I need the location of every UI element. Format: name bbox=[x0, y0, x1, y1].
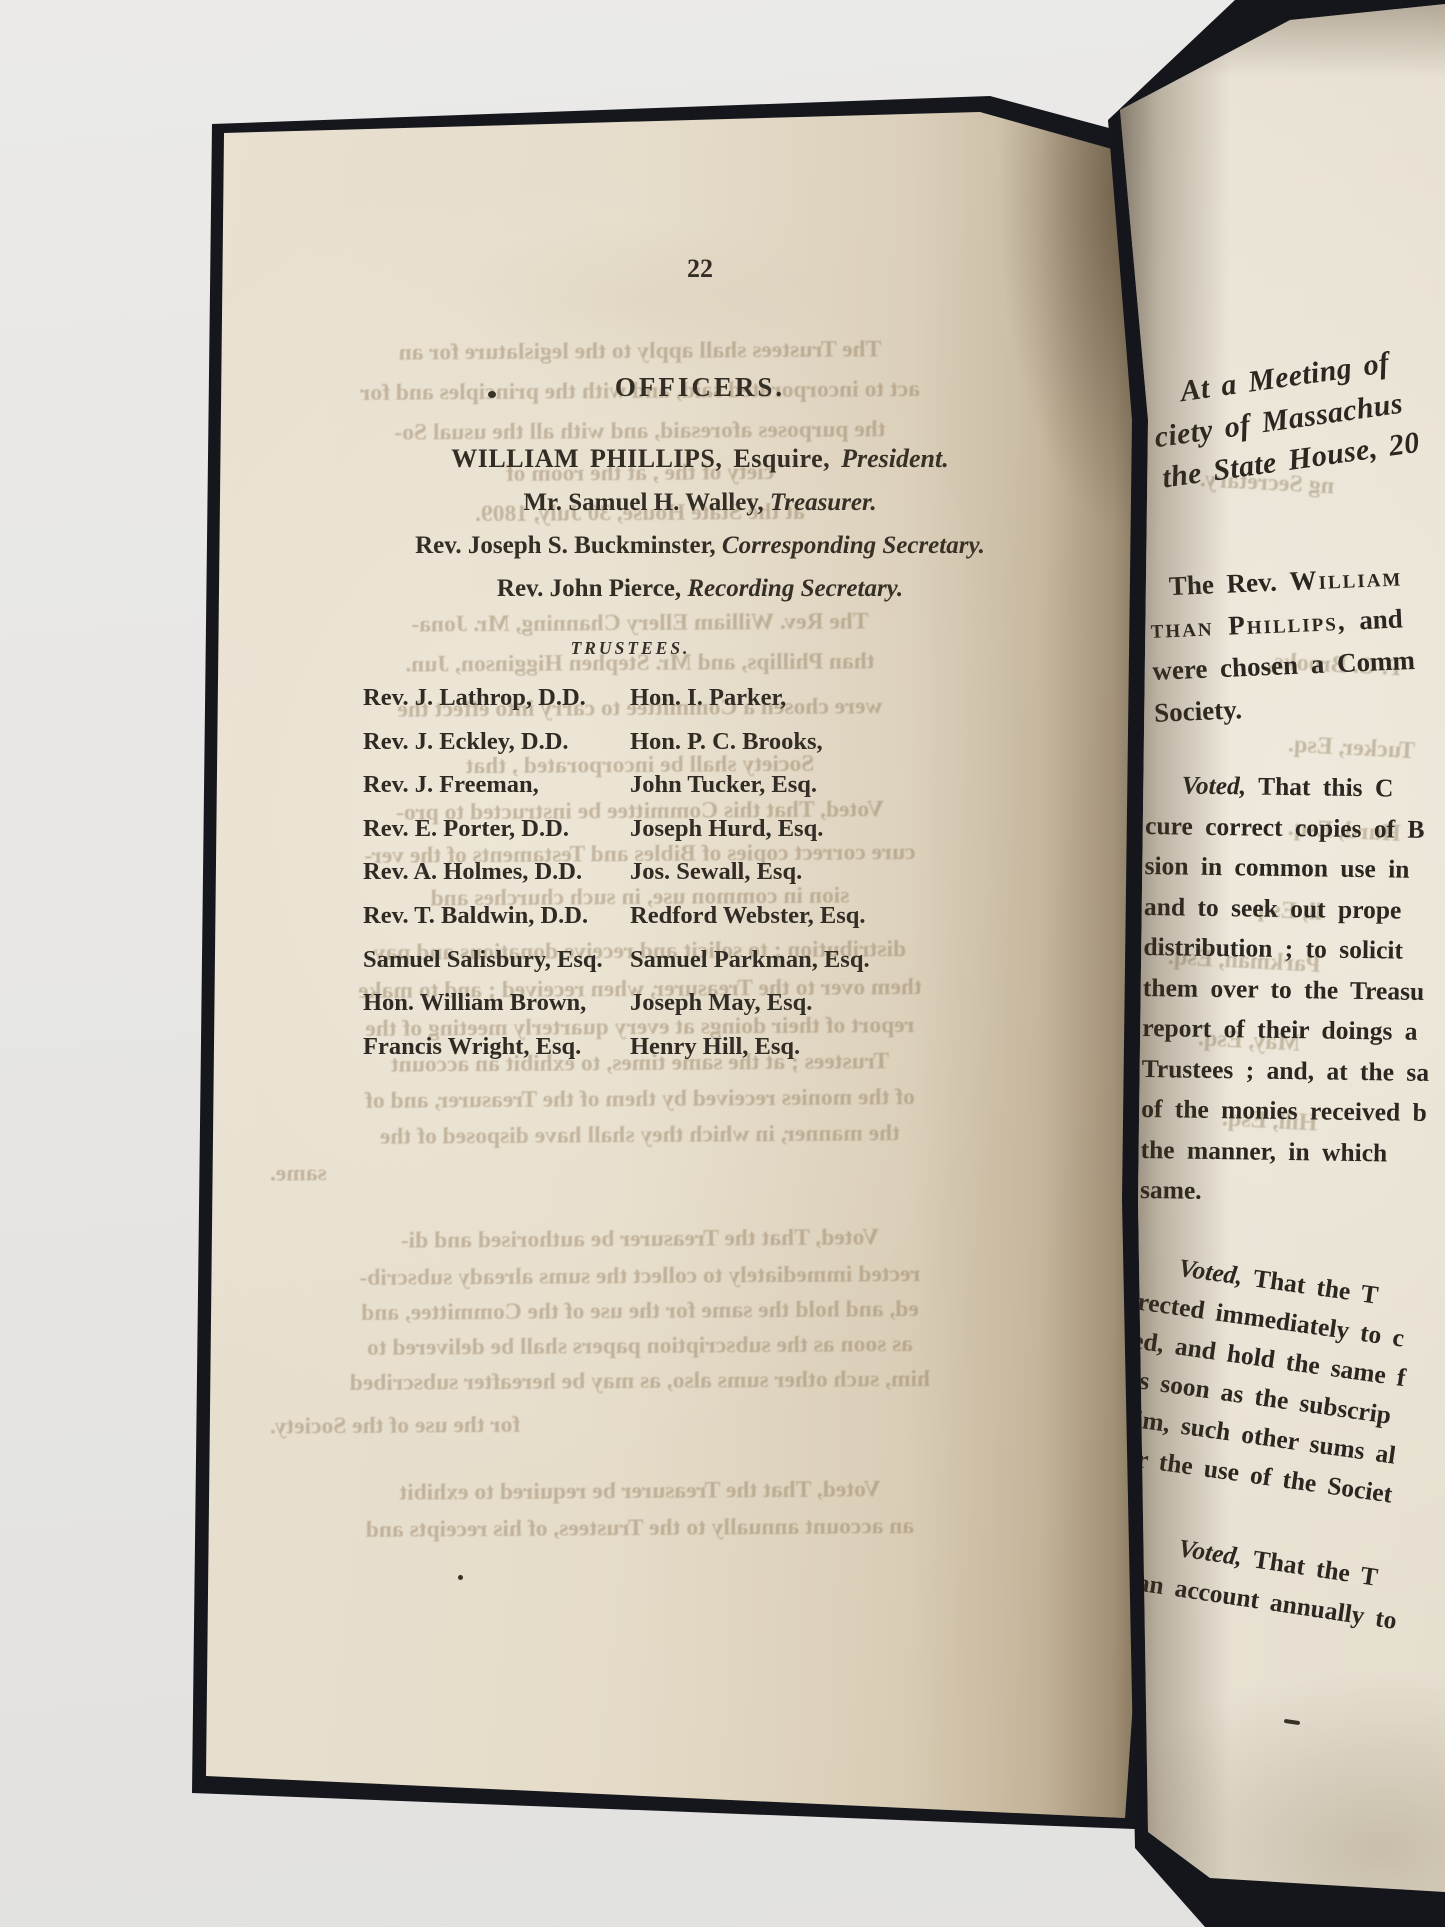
trustee-name: John Tucker, Esq. bbox=[630, 763, 870, 807]
bleedthrough-line: ed, and hold the same for the use of the… bbox=[270, 1295, 1010, 1327]
trustee-name: Henry Hill, Esq. bbox=[630, 1025, 870, 1069]
committee-text: The Rev. bbox=[1168, 566, 1290, 601]
page-number: 22 bbox=[260, 254, 1140, 284]
paper-speck bbox=[1284, 1719, 1300, 1725]
officer-title: Recording Secretary. bbox=[687, 575, 903, 602]
officer-name: WILLIAM PHILLIPS, bbox=[451, 444, 722, 473]
trustee-name: Hon. P. C. Brooks, bbox=[630, 720, 870, 764]
meeting-heading: At a Meeting of ciety of Massachus the S… bbox=[1146, 340, 1422, 500]
trustee-name: Rev. E. Porter, D.D. bbox=[363, 807, 603, 851]
trustee-name: Joseph May, Esq. bbox=[630, 981, 870, 1025]
voted-word: Voted, bbox=[1182, 771, 1247, 801]
officer-name: Mr. Samuel H. Walley, bbox=[523, 489, 770, 516]
trustee-name: Samuel Salisbury, Esq. bbox=[363, 938, 603, 982]
officer-name: Rev. Joseph S. Buckminster, bbox=[415, 532, 722, 559]
officer-name: Rev. John Pierce, bbox=[497, 575, 687, 602]
bleedthrough-line: The Rev. William Ellery Channing, Mr. Jo… bbox=[270, 607, 1010, 639]
committee-name: than Phillips, bbox=[1150, 606, 1347, 644]
voted-line: cure correct copies of B bbox=[1145, 805, 1433, 850]
trustee-name: Rev. J. Lathrop, D.D. bbox=[363, 676, 603, 720]
trustee-name: Redford Webster, Esq. bbox=[630, 894, 870, 938]
ink-speck bbox=[488, 391, 496, 398]
trustee-name: Rev. A. Holmes, D.D. bbox=[363, 850, 603, 894]
trustee-name: Rev. T. Baldwin, D.D. bbox=[363, 894, 603, 938]
trustees-column-left: Rev. J. Lathrop, D.D. Rev. J. Eckley, D.… bbox=[363, 676, 603, 1068]
officer-line-president: WILLIAM PHILLIPS, Esquire, President. bbox=[260, 444, 1140, 474]
officer-line-treasurer: Mr. Samuel H. Walley, Treasurer. bbox=[260, 489, 1140, 517]
voted-line: the manner, in which bbox=[1140, 1129, 1428, 1174]
voted-paragraph-2: Voted, That the T rected immediately to … bbox=[1113, 1243, 1422, 1514]
trustee-name: Samuel Parkman, Esq. bbox=[630, 938, 870, 982]
bleedthrough-line: as soon as the subscription papers shall… bbox=[270, 1330, 1010, 1362]
voted-line: Trustees ; and, at the sa bbox=[1141, 1048, 1429, 1093]
trustees-heading: TRUSTEES. bbox=[363, 638, 898, 659]
committee-text: and bbox=[1346, 603, 1404, 635]
voted-line: of the monies received b bbox=[1141, 1089, 1429, 1134]
officer-line-recording-secretary: Rev. John Pierce, Recording Secretary. bbox=[260, 575, 1140, 603]
voted-paragraph-3: Voted, That the T an account annually to bbox=[1134, 1523, 1405, 1641]
bleedthrough-line: the purposes aforesaid, and with all the… bbox=[270, 415, 1010, 447]
trustee-name: Francis Wright, Esq. bbox=[363, 1025, 603, 1069]
trustee-name: Rev. J. Freeman, bbox=[363, 763, 603, 807]
officers-heading: OFFICERS. bbox=[260, 372, 1140, 403]
trustee-name: Hon. I. Parker, bbox=[630, 676, 870, 720]
bleedthrough-line: rected immediately to collect the sums a… bbox=[270, 1260, 1010, 1292]
bleedthrough-line: an account annually to the Trustees, of … bbox=[270, 1512, 1010, 1544]
trustee-name: Rev. J. Eckley, D.D. bbox=[363, 720, 603, 764]
bleedthrough-line: Voted, That the Treasurer be required to… bbox=[270, 1475, 1010, 1507]
voted-text: That this C bbox=[1246, 771, 1394, 802]
committee-name: William bbox=[1289, 561, 1403, 596]
officer-honorific: Esquire, bbox=[722, 444, 841, 473]
voted-line: same. bbox=[1140, 1170, 1428, 1215]
bleedthrough-line: him, such other sums also, as may be her… bbox=[270, 1365, 1010, 1397]
voted-line: report of their doings a bbox=[1142, 1008, 1430, 1053]
voted-paragraph-1: Voted, That this C cure correct copies o… bbox=[1140, 765, 1434, 1214]
bleedthrough-line: same. bbox=[270, 1155, 1010, 1187]
officer-title: Treasurer. bbox=[770, 489, 877, 516]
trustee-name: Jos. Sewall, Esq. bbox=[630, 850, 870, 894]
gutter-shadow-top bbox=[880, 90, 1145, 650]
bleedthrough-line: for the use of the Society. bbox=[270, 1408, 1010, 1440]
officer-line-corresponding-secretary: Rev. Joseph S. Buckminster, Correspondin… bbox=[260, 532, 1140, 560]
voted-word: Voted, bbox=[1177, 1533, 1245, 1571]
bleedthrough-line: Tucker, Esq. bbox=[1287, 732, 1415, 766]
voted-line: and to seek out prope bbox=[1144, 886, 1432, 931]
officer-title: Corresponding Secretary. bbox=[722, 532, 985, 559]
paper-speck bbox=[458, 1575, 463, 1580]
trustees-column-right: Hon. I. Parker, Hon. P. C. Brooks, John … bbox=[630, 676, 870, 1068]
voted-line: them over to the Treasu bbox=[1143, 967, 1431, 1012]
voted-lead-line: Voted, That this C bbox=[1145, 765, 1433, 810]
voted-word: Voted, bbox=[1177, 1253, 1245, 1291]
voted-line: distribution ; to solicit bbox=[1143, 927, 1431, 972]
trustee-name: Joseph Hurd, Esq. bbox=[630, 807, 870, 851]
officer-title: President. bbox=[841, 444, 949, 473]
voted-line: sion in common use in bbox=[1144, 846, 1432, 891]
trustee-name: Hon. William Brown, bbox=[363, 981, 603, 1025]
bleedthrough-line: the manner, in which they shall have dis… bbox=[270, 1119, 1010, 1151]
bleedthrough-line: of the monies received by them of the Tr… bbox=[270, 1083, 1010, 1115]
committee-paragraph: The Rev. William than Phillips, and were… bbox=[1148, 555, 1418, 734]
bleedthrough-line: The Trustees shall apply to the legislat… bbox=[270, 335, 1010, 367]
book-photograph: { "left_page": { "page_number": "22", "h… bbox=[0, 0, 1445, 1927]
bleedthrough-line: Voted, That the Treasurer be authorised … bbox=[270, 1223, 1010, 1255]
